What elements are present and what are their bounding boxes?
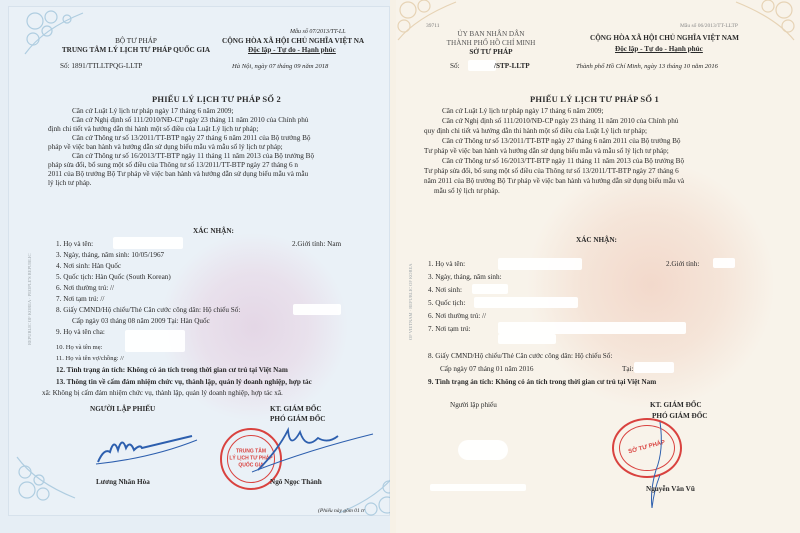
- field-father-name: 9. Họ và tên cha:: [56, 328, 105, 337]
- signer-title: KT. GIÁM ĐỐC: [650, 401, 702, 410]
- document-title: PHIẾU LÝ LỊCH TƯ PHÁP SỐ 1: [530, 95, 659, 104]
- field-id-issue-place: Tại:: [622, 365, 634, 374]
- criminal-record-certificate-no2: REPUBLIC OF KOREA · PEOPLE'S REPUBLIC Mẫ…: [0, 0, 392, 533]
- field-full-name: 1. Họ và tên:: [56, 240, 93, 249]
- field-id-document: 8. Giấy CMND/Hộ chiếu/Thẻ Căn cước công …: [428, 352, 612, 361]
- field-temporary-residence: 7. Nơi tạm trú: //: [56, 295, 104, 304]
- preparer-name: Lương Nhân Hòa: [96, 478, 150, 487]
- redaction: [498, 334, 556, 344]
- redaction: [474, 297, 578, 308]
- redaction: [468, 60, 496, 71]
- agency-name: TRUNG TÂM LÝ LỊCH TƯ PHÁP QUỐC GIA: [36, 46, 236, 55]
- place-date: Thành phố Hồ Chí Minh, ngày 13 tháng 10 …: [576, 62, 718, 71]
- redaction: [125, 330, 185, 352]
- confirmation-heading: XÁC NHẬN:: [576, 236, 617, 245]
- signer-name: Nguyễn Văn Vũ: [646, 485, 695, 494]
- country-name: CỘNG HÒA XÃ HỘI CHỦ NGHĨA VIỆT NA: [222, 37, 364, 46]
- form-code: Mẫu số 06/2013/TT-LLTP: [680, 22, 738, 31]
- agency-parent: BỘ TƯ PHÁP: [46, 37, 226, 46]
- redaction: [430, 484, 526, 491]
- country-name: CỘNG HÒA XÃ HỘI CHỦ NGHĨA VIỆT NAM: [590, 34, 739, 43]
- criminal-record-certificate-no1: OF VIETNAM · REPUBLIC OF KOREA 39711 Mẫu…: [390, 0, 800, 533]
- signer-name: Ngô Ngọc Thành: [270, 478, 322, 487]
- criminal-record-status: 9. Tình trạng án tích: Không có án tích …: [428, 378, 656, 387]
- position-ban-detail: xã: Không bị cấm đảm nhiệm chức vụ, thàn…: [42, 389, 283, 398]
- redaction: [713, 258, 735, 268]
- field-gender: 2.Giới tính:: [666, 260, 699, 269]
- field-birth-place: 4. Nơi sinh:: [428, 286, 462, 295]
- field-birth-date: 3. Ngày, tháng, năm sinh:: [428, 273, 502, 282]
- redaction: [634, 362, 674, 373]
- field-nationality: 5. Quốc tịch: Hàn Quốc (South Korean): [56, 273, 171, 282]
- document-number-suffix: /STP-LLTP: [494, 62, 530, 71]
- redaction: [498, 258, 582, 270]
- director-signature-icon: [630, 420, 680, 515]
- document-number: Số: 1891/TTLLTPQG-LLTP: [60, 62, 142, 71]
- field-birth-date: 3. Ngày, tháng, năm sinh: 10/05/1967: [56, 251, 164, 260]
- side-security-text: OF VIETNAM · REPUBLIC OF KOREA: [408, 263, 413, 340]
- criminal-record-status: 12. Tình trạng án tích: Không có án tích…: [56, 366, 288, 375]
- field-permanent-residence: 6. Nơi thường trú: //: [56, 284, 114, 293]
- redaction: [498, 322, 686, 334]
- field-nationality: 5. Quốc tịch:: [428, 299, 465, 308]
- field-permanent-residence: 6. Nơi thường trú: //: [428, 312, 486, 321]
- field-gender: 2.Giới tính: Nam: [292, 240, 341, 249]
- page-note: (Phiếu này gồm 01 tr: [318, 507, 365, 516]
- redaction: [458, 440, 508, 460]
- redaction: [293, 304, 341, 315]
- field-temporary-residence: 7. Nơi tạm trú:: [428, 325, 471, 334]
- preparer-signature-icon: [92, 428, 202, 468]
- place-date: Hà Nội, ngày 07 tháng 09 năm 2018: [232, 62, 328, 71]
- motto: Độc lập - Tự do - Hạnh phúc: [615, 45, 703, 54]
- agency-name: SỞ TƯ PHÁP: [426, 48, 556, 57]
- redaction: [472, 284, 508, 294]
- side-security-text: REPUBLIC OF KOREA · PEOPLE'S REPUBLIC: [27, 254, 32, 345]
- ornament-corner-icon: [15, 447, 85, 502]
- position-ban-info: 13. Thông tin về cấm đảm nhiệm chức vụ, …: [56, 378, 312, 387]
- document-title: PHIẾU LÝ LỊCH TƯ PHÁP SỐ 2: [152, 95, 281, 104]
- field-id-issue: Cấp ngày 03 tháng 08 năm 2009 Tại: Hàn Q…: [72, 317, 210, 326]
- preparer-label: Người lập phiếu: [450, 401, 497, 410]
- signer-title: KT. GIÁM ĐỐC: [270, 405, 322, 414]
- field-id-issue-date: Cấp ngày 07 tháng 01 năm 2016: [440, 365, 533, 374]
- document-number-prefix: Số:: [450, 62, 460, 71]
- preparer-label: NGƯỜI LẬP PHIẾU: [90, 405, 155, 414]
- director-signature-icon: [248, 420, 378, 480]
- field-full-name: 1. Họ và tên:: [428, 260, 465, 269]
- agency-parent-2: THÀNH PHỐ HỒ CHÍ MINH: [426, 39, 556, 48]
- redaction: [113, 237, 183, 249]
- form-code: Mẫu số 07/2013/TT-LL: [290, 28, 346, 37]
- field-id-document: 8. Giấy CMND/Hộ chiếu/Thẻ Căn cước công …: [56, 306, 240, 315]
- confirmation-heading: XÁC NHẬN:: [193, 227, 234, 236]
- motto: Độc lập - Tự do - Hạnh phúc: [248, 46, 336, 55]
- field-mother-name: 10. Họ và tên mẹ:: [56, 343, 102, 352]
- agency-parent-1: ỦY BAN NHÂN DÂN: [426, 30, 556, 39]
- field-spouse-name: 11. Họ và tên vợ/chồng: //: [56, 354, 124, 363]
- field-birth-place: 4. Nơi sinh: Hàn Quốc: [56, 262, 121, 271]
